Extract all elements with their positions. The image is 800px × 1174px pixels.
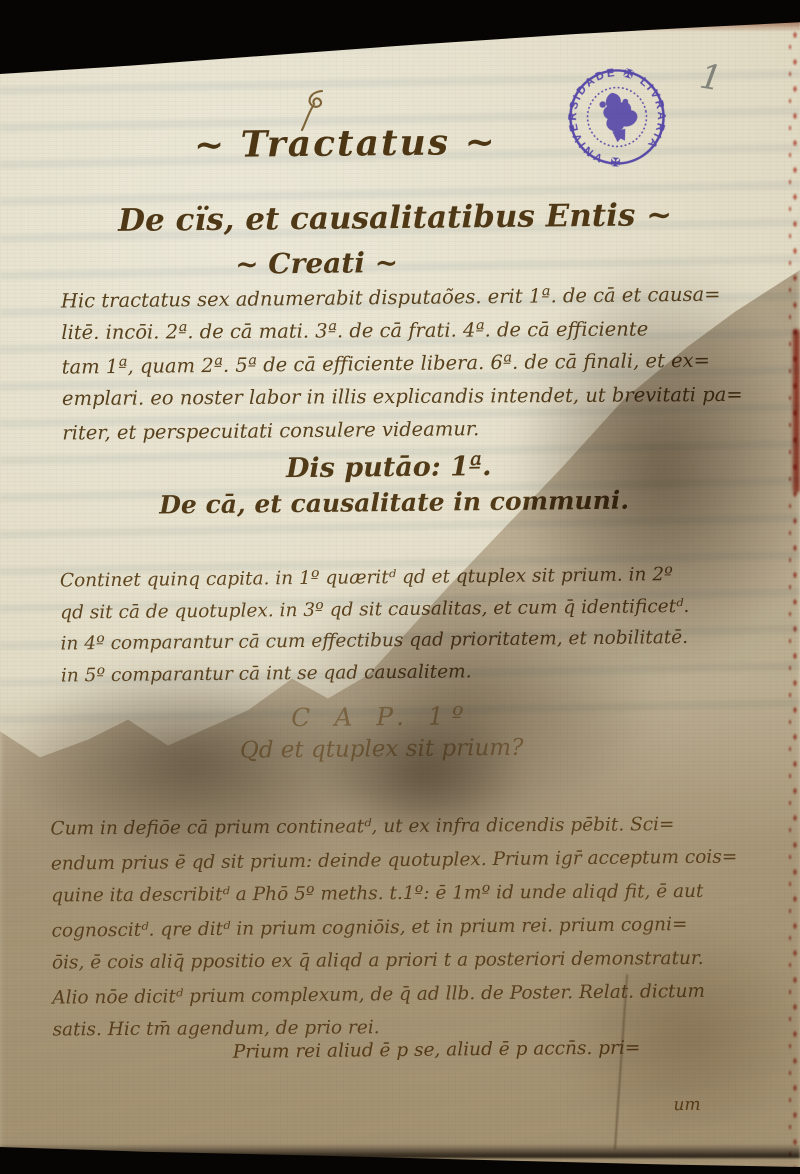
stamp-emblem xyxy=(598,89,642,145)
darkened-bottom-edge xyxy=(0,1144,800,1158)
catchword: um xyxy=(673,1095,700,1115)
red-top-edge xyxy=(0,18,800,32)
intro-paragraph: Hic tractatus sex adnumerabit disputaões… xyxy=(61,277,743,449)
contents-line: in 4º comparantur cā cum effectibus qad … xyxy=(60,622,689,660)
intro-line: riter, et perspecuitati consulere videam… xyxy=(62,409,743,449)
intro-line: tam 1ª, quam 2ª. 5ª de cā efficiente lib… xyxy=(62,343,743,383)
manuscript-page: ~ Tractatus ~ De cïs, et causalitatibus … xyxy=(0,0,800,1174)
body-line: Cum in defiōe cā prium contineatᵈ, ut ex… xyxy=(50,808,737,846)
contents-line: in 5º comparantur cā int se qad causalit… xyxy=(61,653,690,691)
body-line: ōis, ē cois aliq̄ ppositio ex q̄ aliqd a… xyxy=(52,942,739,980)
chapter-question: Qd et qtuplex sit prium? xyxy=(122,733,642,764)
chapter-heading: C A P. 1º xyxy=(201,700,561,733)
page-title: ~ Tractatus ~ xyxy=(125,120,565,167)
intro-line: emplari. eo noster labor in illis explic… xyxy=(62,378,743,415)
manuscript-scan: ~ Tractatus ~ De cïs, et causalitatibus … xyxy=(0,0,800,1174)
contents-paragraph: Continet quinq capita. in 1º quæritᵈ qd … xyxy=(60,559,690,692)
intro-line: Hic tractatus sex adnumerabit disputaões… xyxy=(61,277,742,317)
subtitle-line1: De cïs, et causalitatibus Entis ~ xyxy=(80,197,710,240)
disputatio-heading: Dis putāo: 1ª. xyxy=(149,450,629,486)
intro-line: litē. incōi. 2ª. de cā mati. 3ª. de cā f… xyxy=(61,312,742,349)
library-stamp: ✠ VNIVERSIDADE ✠ LIVRARIA xyxy=(546,49,687,185)
ink-layer: ~ Tractatus ~ De cïs, et causalitatibus … xyxy=(0,0,800,1174)
closing-line: Prium rei aliud ē p se, aliud ē p accn̄s… xyxy=(233,1038,641,1063)
pen-flourish xyxy=(298,88,334,132)
red-edge-streak xyxy=(793,329,800,493)
disputatio-subheading: De cā, et causalitate in communi. xyxy=(94,485,694,520)
body-paragraph: Cum in defiōe cā prium contineatᵈ, ut ex… xyxy=(50,806,739,1048)
subtitle-line2: ~ Creati ~ xyxy=(116,245,516,282)
body-line: quine ita describitᵈ a Phō 5º meths. t.1… xyxy=(51,875,738,913)
